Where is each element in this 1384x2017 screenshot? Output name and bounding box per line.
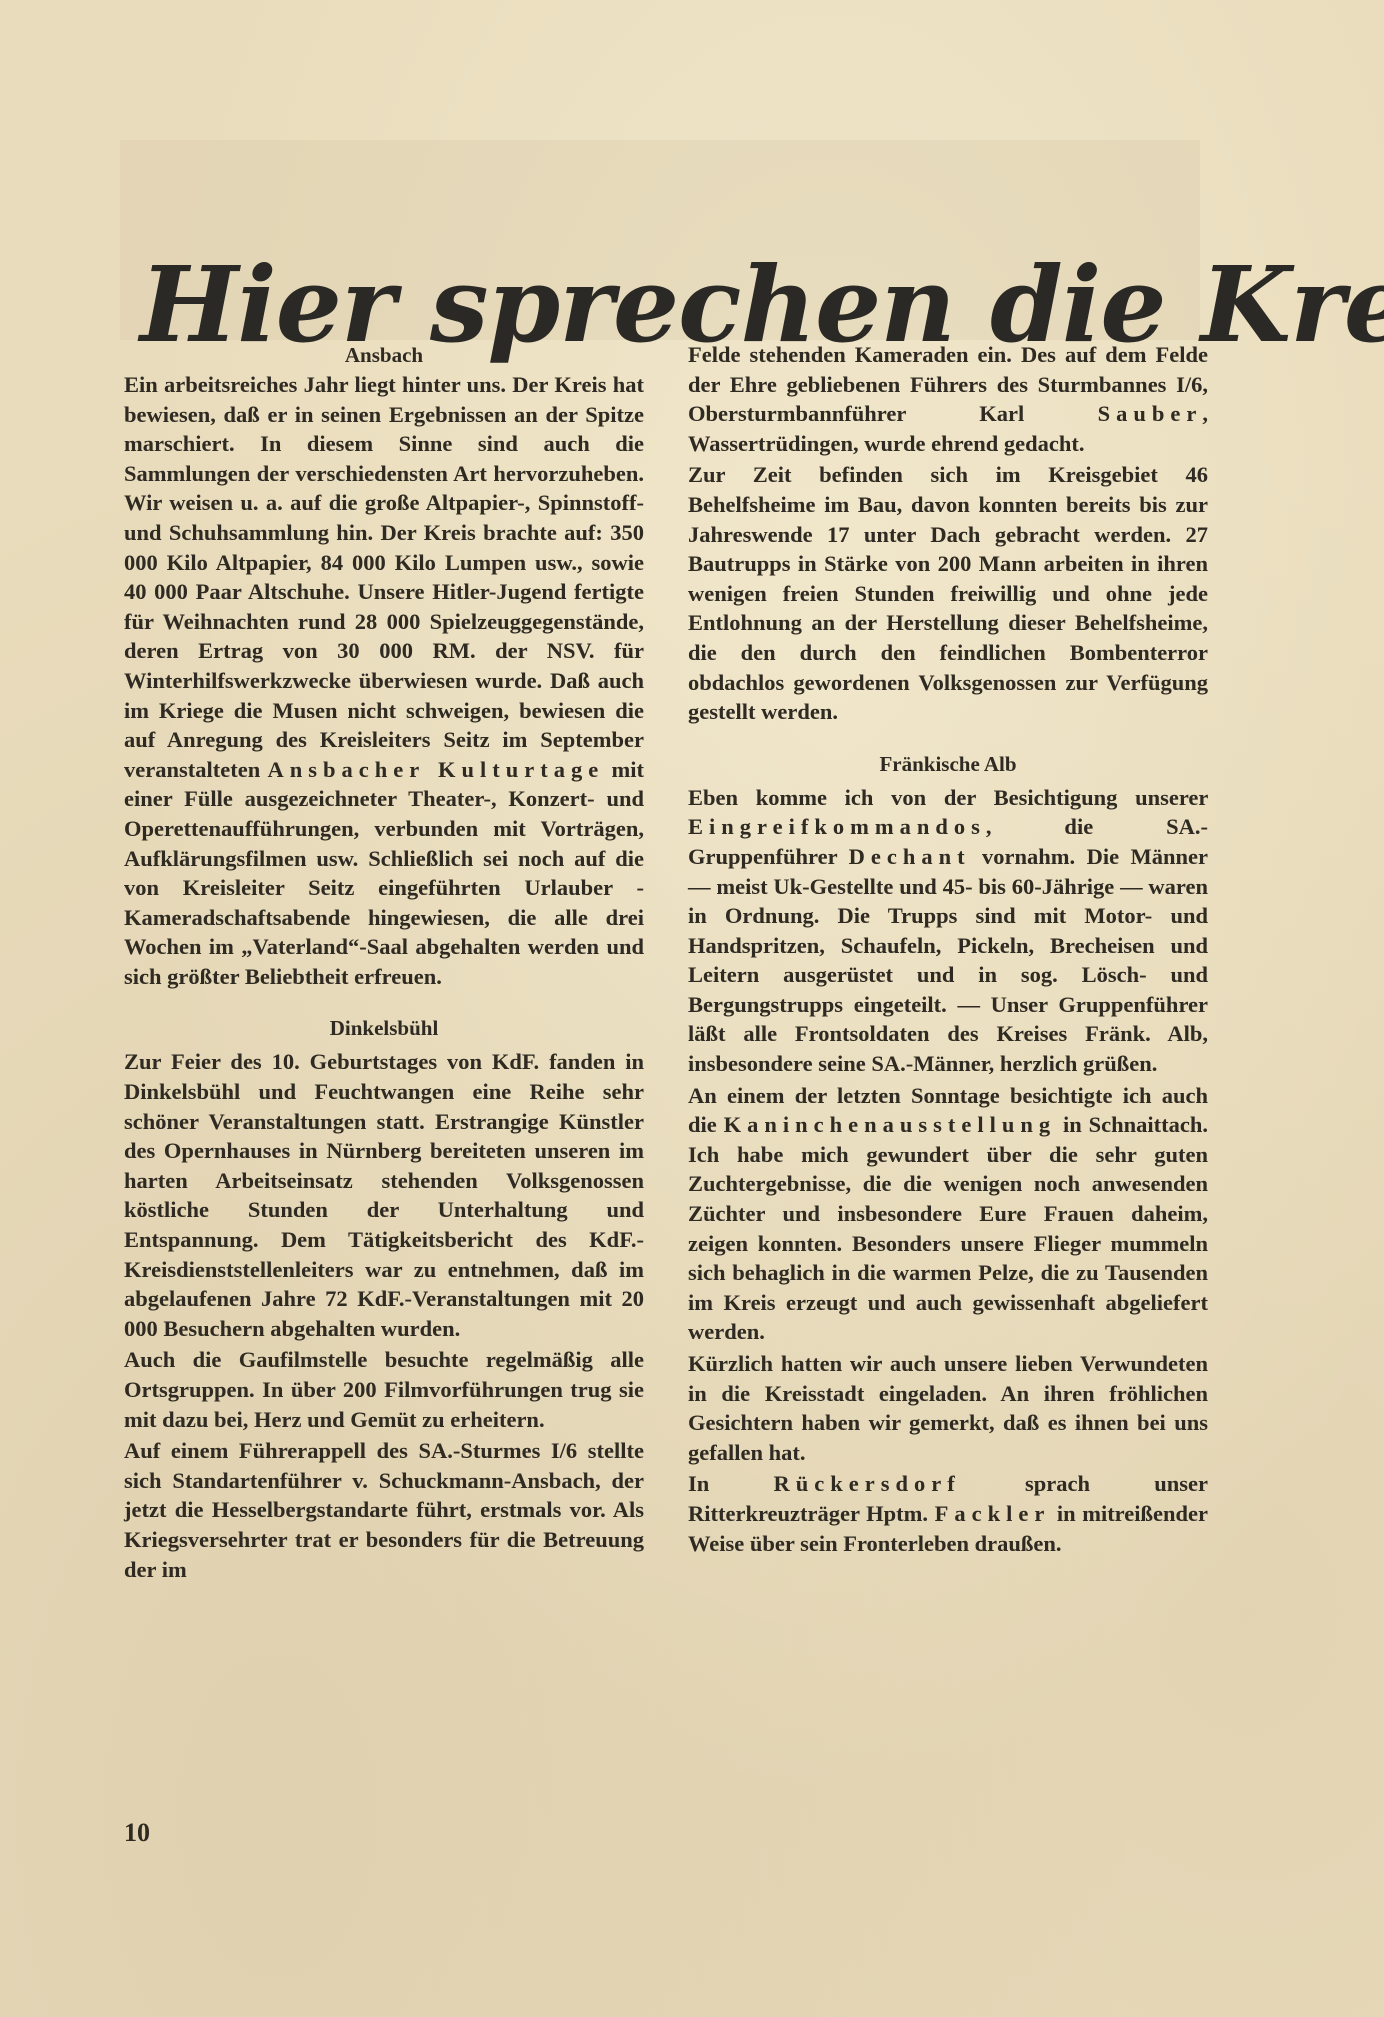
ansbach-text-2: mit einer Fülle ausgezeichneter Theater-…: [124, 757, 644, 989]
name-dechant: Dechant: [849, 844, 971, 869]
right-column: Felde stehenden Kameraden ein. Des auf d…: [688, 340, 1208, 1560]
dinkelsbuehl-paragraph-1: Zur Feier des 10. Geburtstages von KdF. …: [124, 1047, 644, 1343]
continuation-paragraph-2: Zur Zeit befinden sich im Kreisgebiet 46…: [688, 460, 1208, 726]
name-fackler: Fackler: [935, 1501, 1051, 1526]
dinkelsbuehl-paragraph-3: Auf einem Führerappell des SA.-Sturmes I…: [124, 1436, 644, 1584]
dinkelsbuehl-paragraph-2: Auch die Gaufilmstelle besuchte regelmäß…: [124, 1345, 644, 1434]
alb-text: In: [688, 1471, 709, 1496]
continuation-paragraph-1: Felde stehenden Kameraden ein. Des auf d…: [688, 340, 1208, 458]
term-eingreifkommandos: Eingreifkommandos: [688, 814, 986, 839]
alb-text: Eben komme ich von der Besichtigung unse…: [688, 785, 1208, 810]
section-heading-fraenkische-alb: Fränkische Alb: [688, 749, 1208, 779]
alb-paragraph-2: An einem der letzten Sonntage besichtigt…: [688, 1081, 1208, 1347]
alb-text: in Schnaittach. Ich habe mich gewundert …: [688, 1112, 1208, 1344]
alb-paragraph-1: Eben komme ich von der Besichtigung unse…: [688, 783, 1208, 1079]
page-number: 10: [124, 1818, 150, 1848]
ansbach-paragraph: Ein arbeitsreiches Jahr liegt hinter uns…: [124, 370, 644, 991]
left-column: Ansbach Ein arbeitsreiches Jahr liegt hi…: [124, 340, 644, 1586]
term-kaninchenausstellung: Kaninchenausstellung: [724, 1112, 1057, 1137]
alb-paragraph-4: In Rückersdorf sprach unser Ritterkreuzt…: [688, 1469, 1208, 1558]
alb-text: vornahm. Die Männer — meist Uk-Gestellte…: [688, 844, 1208, 1076]
place-rueckersdorf: Rückersdorf: [774, 1471, 961, 1496]
section-heading-dinkelsbuehl: Dinkelsbühl: [124, 1013, 644, 1043]
section-heading-ansbach: Ansbach: [124, 340, 644, 370]
name-sauber: Sauber: [1098, 401, 1203, 426]
ansbach-text-1: Ein arbeitsreiches Jahr liegt hinter uns…: [124, 372, 644, 782]
ansbach-kulturtage: Ansbacher Kulturtage: [267, 757, 604, 782]
alb-paragraph-3: Kürzlich hatten wir auch unsere lieben V…: [688, 1349, 1208, 1467]
